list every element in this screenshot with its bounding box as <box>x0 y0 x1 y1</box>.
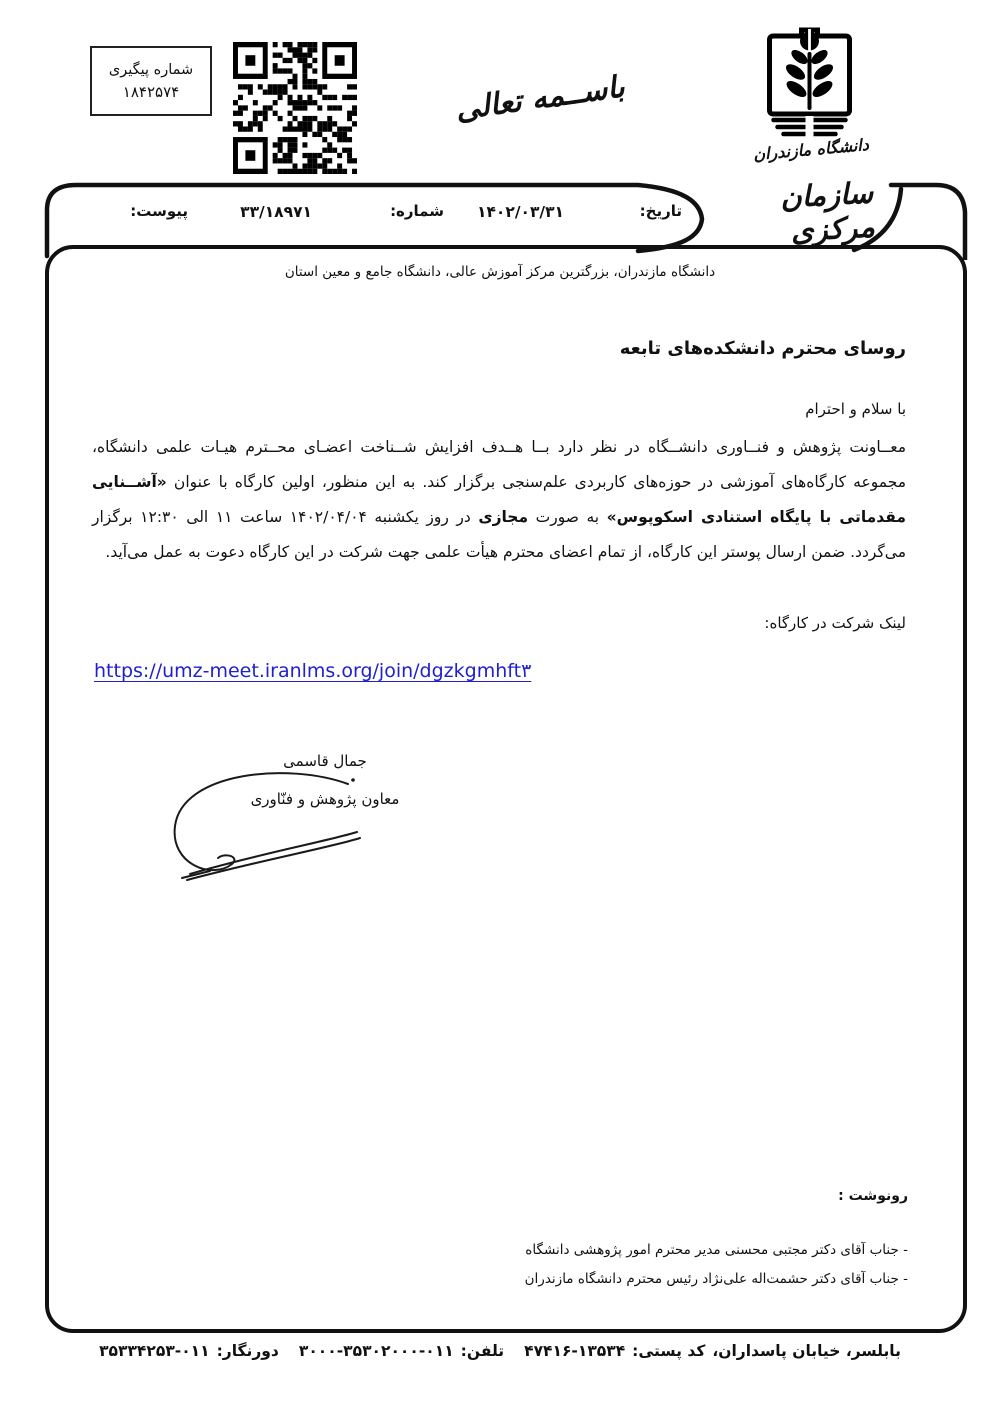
letter-body: معــاونت پژوهش و فنــاوری دانشــگاه در ن… <box>92 430 906 570</box>
qr-finder-top-right <box>325 45 355 77</box>
logo-base-lines <box>774 116 846 137</box>
tracking-label: شماره پیگیری <box>109 62 193 78</box>
virtual-bold: مجازی <box>478 508 528 526</box>
qr-finder-bottom-left <box>235 140 265 172</box>
footer-address: بابلسر، خیابان پاسداران، <box>712 1342 901 1360</box>
footer-phone-label: تلفن: <box>461 1342 504 1360</box>
university-logo <box>742 26 877 144</box>
recipient-title: روسای محترم دانشکده‌های تابعه <box>620 338 906 359</box>
university-slogan: دانشگاه مازندران، بزرگترین مرکز آموزش عا… <box>0 264 1000 280</box>
cc-item: - جناب آقای دکتر حشمت‌اله علی‌نژاد رئیس … <box>525 1265 908 1294</box>
cc-item: - جناب آقای دکتر مجتبی محسنی مدیر محترم … <box>525 1236 908 1265</box>
tracking-value: ۱۸۴۲۵۷۴ <box>123 83 179 101</box>
workshop-join-link[interactable]: https://umz-meet.iranlms.org/join/dgzkgm… <box>94 660 531 682</box>
number-value: ۳۳/۱۸۹۷۱ <box>240 203 312 221</box>
body-text-1: معــاونت پژوهش و فنــاوری دانشــگاه در ن… <box>92 438 906 491</box>
org-unit-calligraphy: سازمان مرکزی <box>701 180 876 249</box>
footer-fax-label: دورنگار: <box>217 1342 279 1360</box>
cc-list: - جناب آقای دکتر مجتبی محسنی مدیر محترم … <box>525 1236 908 1294</box>
letter-page: شماره پیگیری ۱۸۴۲۵۷۴ باســمه تعالی <box>0 0 1000 1415</box>
date-value: ۱۴۰۲/۰۳/۳۱ <box>477 203 564 221</box>
footer-contact-line: بابلسر، خیابان پاسداران، کد پستی: ۴۷۴۱۶-… <box>0 1342 1000 1360</box>
date-label: تاریخ: <box>640 202 682 220</box>
cc-label: رونوشت : <box>838 1188 908 1204</box>
footer-phone-value: ۳۰۰۰-۳۵۳۰۲۰۰۰-۰۱۱ <box>299 1342 454 1360</box>
attachment-label: پیوست: <box>130 202 188 220</box>
footer-postal-label: کد پستی: <box>632 1342 705 1360</box>
link-label: لینک شرکت در کارگاه: <box>764 614 906 632</box>
bismillah-calligraphy: باســمه تعالی <box>394 29 685 167</box>
tracking-number-box: شماره پیگیری ۱۸۴۲۵۷۴ <box>90 46 212 116</box>
signature-scribble <box>160 768 375 886</box>
salutation: با سلام و احترام <box>805 400 906 418</box>
qr-finder-top-left <box>235 45 265 77</box>
number-label: شماره: <box>390 202 444 220</box>
body-text-2: به صورت <box>528 508 607 526</box>
qr-code <box>233 42 357 174</box>
footer-postal-value: ۴۷۴۱۶-۱۳۵۳۴ <box>524 1342 625 1360</box>
footer-fax-value: ۳۵۳۳۴۲۵۳-۰۱۱ <box>99 1342 210 1360</box>
